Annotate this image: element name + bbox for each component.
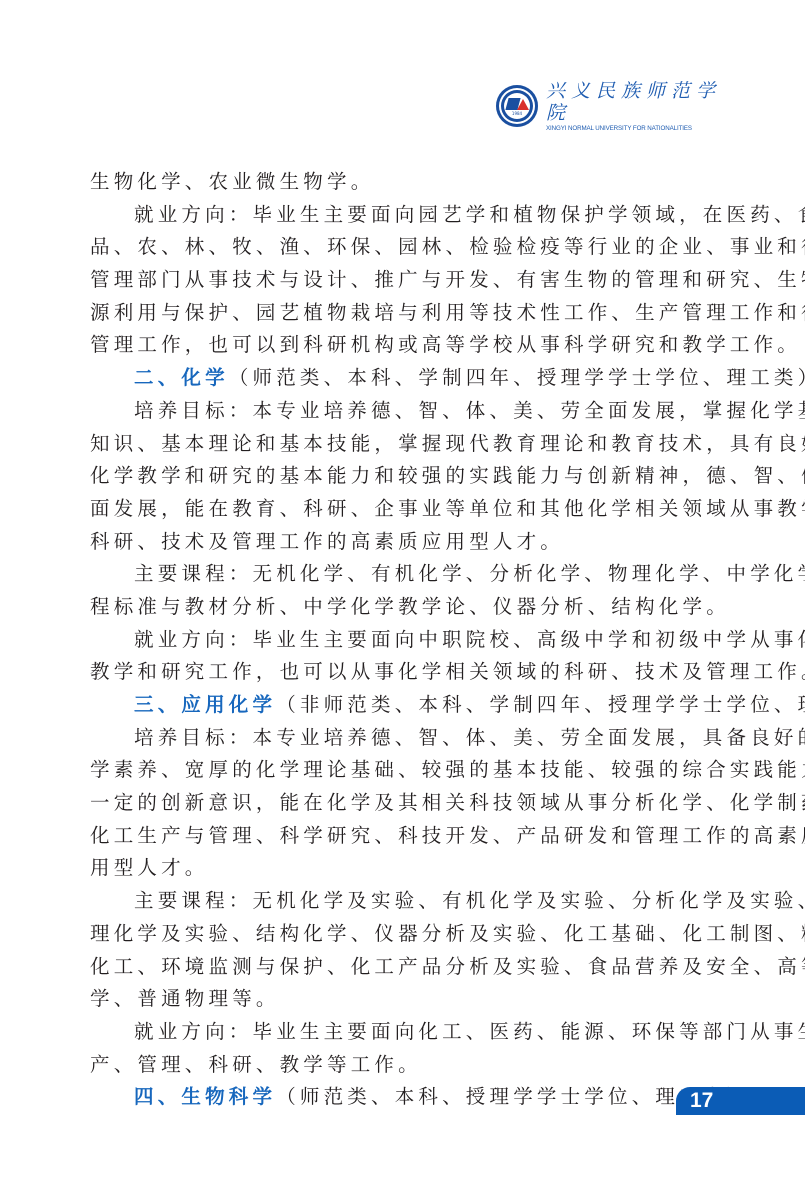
paragraph-start: 主要课程：无机化学、有机化学、分析化学、物理化学、中学化学课 xyxy=(90,558,720,591)
university-name-en: XINGYI NORMAL UNIVERSITY FOR NATIONALITI… xyxy=(546,125,726,133)
section-heading-chemistry: 二、化学（师范类、本科、学制四年、授理学学士学位、理工类） xyxy=(90,362,720,395)
text-line: 用型人才。 xyxy=(90,852,720,885)
text-line: 化工生产与管理、科学研究、科技开发、产品研发和管理工作的高素质应 xyxy=(90,820,720,853)
text-line: 生物化学、农业微生物学。 xyxy=(90,166,720,199)
paragraph-start: 培养目标：本专业培养德、智、体、美、劳全面发展，掌握化学基础 xyxy=(90,395,720,428)
text-line: 品、农、林、牧、渔、环保、园林、检验检疫等行业的企业、事业和行政 xyxy=(90,231,720,264)
text-line: 教学和研究工作，也可以从事化学相关领域的科研、技术及管理工作。 xyxy=(90,656,720,689)
section-title: 三、应用化学 xyxy=(134,693,276,716)
paragraph-start: 主要课程：无机化学及实验、有机化学及实验、分析化学及实验、物 xyxy=(90,885,720,918)
text-line: 知识、基本理论和基本技能，掌握现代教育理论和教育技术，具有良好的 xyxy=(90,428,720,461)
text-line: 化工、环境监测与保护、化工产品分析及实验、食品营养及安全、高等数 xyxy=(90,951,720,984)
text-line: 学素养、宽厚的化学理论基础、较强的基本技能、较强的综合实践能力和 xyxy=(90,754,720,787)
page-number-tab: 17 xyxy=(676,1087,805,1115)
university-name-cn: 兴义民族师范学院 xyxy=(546,80,726,124)
text-line: 面发展，能在教育、科研、企事业等单位和其他化学相关领域从事教学、 xyxy=(90,493,720,526)
text-line: 源利用与保护、园艺植物栽培与利用等技术性工作、生产管理工作和行政 xyxy=(90,297,720,330)
logo-text: 兴义民族师范学院 XINGYI NORMAL UNIVERSITY FOR NA… xyxy=(546,80,726,133)
section-meta: （师范类、本科、学制四年、授理学学士学位、理工类） xyxy=(229,366,805,389)
paragraph-start: 就业方向：毕业生主要面向化工、医药、能源、环保等部门从事生 xyxy=(90,1016,720,1049)
section-heading-applied-chemistry: 三、应用化学（非师范类、本科、学制四年、授理学学士学位、理工类） xyxy=(90,689,720,722)
document-body: 生物化学、农业微生物学。 就业方向：毕业生主要面向园艺学和植物保护学领域，在医药… xyxy=(90,166,720,1114)
university-emblem-icon: 1984 xyxy=(496,85,538,127)
paragraph-start: 培养目标：本专业培养德、智、体、美、劳全面发展，具备良好的科 xyxy=(90,722,720,755)
text-line: 一定的创新意识，能在化学及其相关科技领域从事分析化学、化学制药、 xyxy=(90,787,720,820)
paragraph-start: 就业方向：毕业生主要面向园艺学和植物保护学领域，在医药、食 xyxy=(90,199,720,232)
text-line: 产、管理、科研、教学等工作。 xyxy=(90,1049,720,1082)
section-title: 四、生物科学 xyxy=(134,1085,276,1108)
section-heading-biological-science: 四、生物科学（师范类、本科、授理学学士学位、理工类） xyxy=(90,1081,720,1114)
emblem-year: 1984 xyxy=(504,111,530,116)
text-line: 化学教学和研究的基本能力和较强的实践能力与创新精神，德、智、体全 xyxy=(90,460,720,493)
text-line: 程标准与教材分析、中学化学教学论、仪器分析、结构化学。 xyxy=(90,591,720,624)
text-line: 理化学及实验、结构化学、仪器分析及实验、化工基础、化工制图、精细 xyxy=(90,918,720,951)
text-line: 管理部门从事技术与设计、推广与开发、有害生物的管理和研究、生物资 xyxy=(90,264,720,297)
section-title: 二、化学 xyxy=(134,366,229,389)
university-logo: 1984 兴义民族师范学院 XINGYI NORMAL UNIVERSITY F… xyxy=(496,84,726,128)
section-meta: （非师范类、本科、学制四年、授理学学士学位、理工类） xyxy=(276,693,805,716)
text-line: 科研、技术及管理工作的高素质应用型人才。 xyxy=(90,526,720,559)
paragraph-start: 就业方向：毕业生主要面向中职院校、高级中学和初级中学从事化学 xyxy=(90,624,720,657)
page-number: 17 xyxy=(690,1089,713,1112)
text-line: 管理工作，也可以到科研机构或高等学校从事科学研究和教学工作。 xyxy=(90,329,720,362)
text-line: 学、普通物理等。 xyxy=(90,983,720,1016)
